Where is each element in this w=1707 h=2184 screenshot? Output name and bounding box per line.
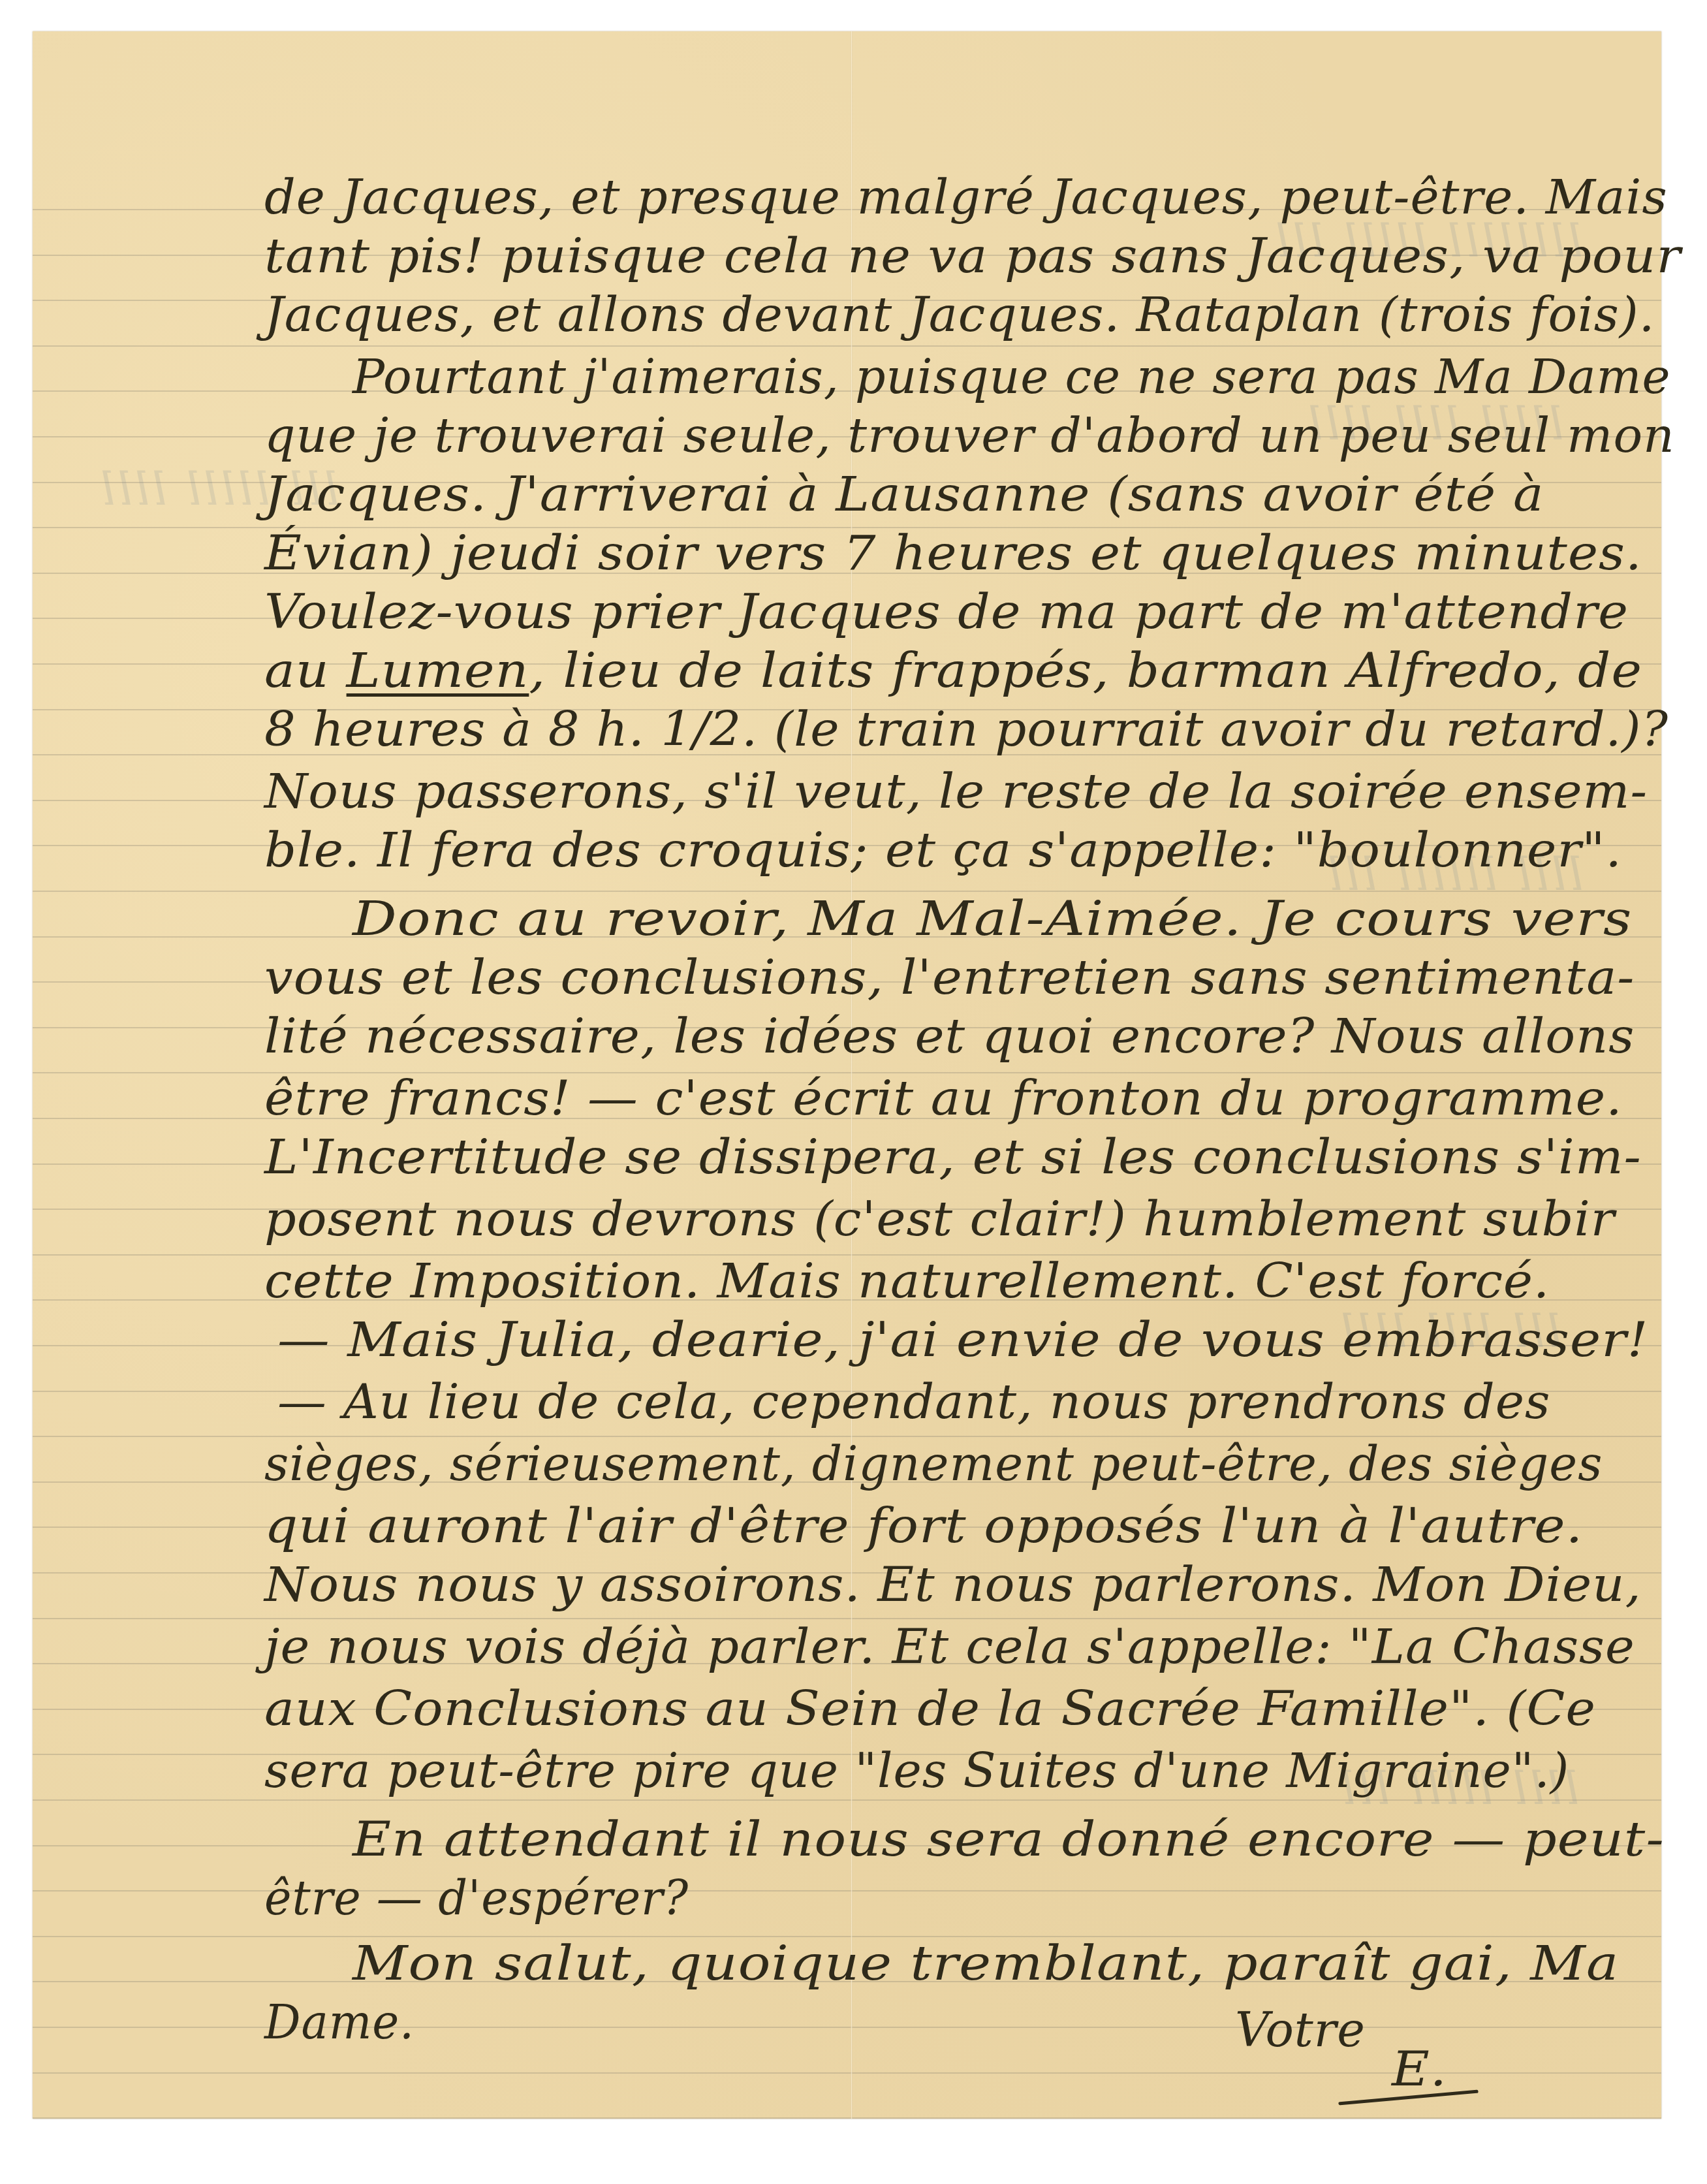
letter-line: que je trouverai seule, trouver d'abord … [264, 412, 1675, 460]
letter-line: sièges, sérieusement, dignement peut-êtr… [264, 1440, 1603, 1488]
letter-line: 8 heures à 8 h. 1/2. (le train pourrait … [264, 706, 1668, 753]
letter-line: cette Imposition. Mais naturellement. C'… [264, 1258, 1550, 1305]
rule-line [33, 2117, 1661, 2119]
letter-line: Donc au revoir, Ma Mal-Aimée. Je cours v… [352, 895, 1633, 943]
letter-line: au Lumen, lieu de laits frappés, barman … [264, 647, 1642, 695]
letter-line: Jacques. J'arriverai à Lausanne (sans av… [264, 471, 1544, 518]
closing-votre: Votre [1235, 2006, 1366, 2054]
letter-line: sera peut-être pire que "les Suites d'un… [264, 1747, 1569, 1795]
letter-line: Évian) jeudi soir vers 7 heures et quelq… [264, 530, 1642, 577]
letter-line: — Au lieu de cela, cependant, nous prend… [277, 1378, 1551, 1426]
letter-line: être francs! — c'est écrit au fronton du… [264, 1075, 1623, 1122]
letter-line: Mon salut, quoique tremblant, paraît gai… [352, 1940, 1619, 1987]
letter-line: ble. Il fera des croquis; et ça s'appell… [264, 827, 1622, 874]
letter-line: vous et les conclusions, l'entretien san… [264, 954, 1635, 1002]
letter-line: je nous vois déjà parler. Et cela s'appe… [264, 1623, 1635, 1671]
letter-line: L'Incertitude se dissipera, et si les co… [264, 1133, 1642, 1181]
rule-line [33, 345, 1661, 347]
letter-line: En attendant il nous sera donné encore —… [352, 1816, 1665, 1863]
letter-line: Jacques, et allons devant Jacques. Ratap… [264, 291, 1655, 339]
letter-line: Dame. [264, 1999, 415, 2046]
signature-initial: E. [1392, 2046, 1447, 2093]
letter-line: être — d'espérer? [264, 1875, 689, 1922]
letter-line: tant pis! puisque cela ne va pas sans Ja… [264, 232, 1681, 280]
letter-page: llllllll lllll lll lllll llll llll lll l… [33, 31, 1661, 2119]
letter-line: lité nécessaire, les idées et quoi encor… [264, 1013, 1635, 1060]
letter-line: posent nous devrons (c'est clair!) humbl… [264, 1195, 1615, 1243]
letter-line: — Mais Julia, dearie, j'ai envie de vous… [277, 1316, 1649, 1364]
letter-line: Pourtant j'aimerais, puisque ce ne sera … [352, 353, 1671, 401]
letter-line: qui auront l'air d'être fort opposés l'u… [264, 1502, 1583, 1550]
letter-line: Nous nous y assoirons. Et nous parlerons… [264, 1561, 1642, 1609]
letter-line: aux Conclusions au Sein de la Sacrée Fam… [264, 1685, 1596, 1733]
letter-line: Voulez-vous prier Jacques de ma part de … [264, 588, 1629, 636]
letter-line: de Jacques, et presque malgré Jacques, p… [264, 174, 1668, 221]
letter-line: Nous passerons, s'il veut, le reste de l… [264, 768, 1648, 815]
underlined-word: Lumen [347, 643, 529, 699]
